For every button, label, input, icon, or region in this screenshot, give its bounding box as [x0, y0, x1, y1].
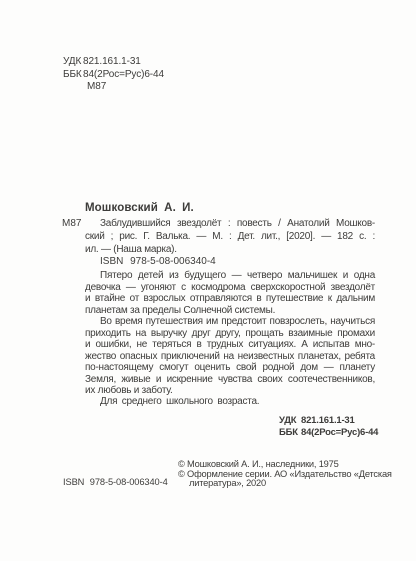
udk-code-row-bottom: УДК821.161.1-31: [279, 415, 378, 427]
text-line: Пятеро детей из будущего — четверо мальч…: [85, 270, 375, 282]
top-classification-codes: УДК821.161.1-31 ББК84(2Рос=Рус)6-44 М87: [63, 56, 164, 94]
bbk-code-row: ББК84(2Рос=Рус)6-44: [63, 69, 164, 82]
text-line: девочка — угоняют с космодрома сверхскор…: [85, 282, 375, 294]
author-heading: Мошковский А. И.: [85, 202, 194, 214]
catalog-margin-code: М87: [62, 218, 81, 229]
audience-note: Для среднего школьного возраста.: [85, 396, 375, 407]
bbk-label: ББК: [279, 427, 301, 439]
udk-value: 821.161.1-31: [83, 56, 141, 67]
bottom-isbn: ISBN 978-5-08-006340-4: [63, 477, 168, 487]
text-line: Во время путешествия им предстоит повзро…: [85, 316, 375, 328]
bbk-value: 84(2Рос=Рус)6-44: [83, 69, 164, 80]
text-line: приходить на выручку друг другу, прощать…: [85, 328, 375, 340]
annotation-paragraph-2: Во время путешествия им предстоит повзро…: [85, 316, 375, 397]
text-line: и втайне от взрослых отправляются в путе…: [85, 293, 375, 305]
bbk-code-row-bottom: ББК84(2Рос=Рус)6-44: [279, 427, 378, 439]
text-line: ил. — (Наша марка).: [85, 243, 375, 256]
bbk-value: 84(2Рос=Рус)6-44: [301, 427, 378, 438]
udk-label: УДК: [63, 56, 83, 69]
bottom-classification-codes: УДК821.161.1-31 ББК84(2Рос=Рус)6-44: [279, 415, 378, 440]
text-line: Земля, живые и искренние чувства своих с…: [85, 374, 375, 386]
copyright-series-line-cont: литература», 2020: [178, 479, 392, 489]
isbn-line: ISBN 978-5-08-006340-4: [100, 256, 216, 267]
bbk-label: ББК: [63, 69, 83, 82]
text-line: Заблудившийся звездолёт : повесть / Анат…: [85, 217, 375, 230]
text-line: по-настоящему смогут оценить свой родной…: [85, 362, 375, 374]
udk-value: 821.161.1-31: [301, 415, 355, 426]
text-line: жество опасных приключений на неизвестны…: [85, 351, 375, 363]
author-sign-code: М87: [87, 81, 164, 94]
annotation-paragraph-1: Пятеро детей из будущего — четверо мальч…: [85, 270, 375, 316]
text-line: планетам за пределы Солнечной системы.: [85, 305, 375, 317]
udk-label: УДК: [279, 415, 301, 427]
copyright-block: © Мошковский А. И., наследники, 1975 © О…: [178, 460, 392, 489]
book-imprint-page: УДК821.161.1-31 ББК84(2Рос=Рус)6-44 М87 …: [0, 0, 416, 561]
text-line: и ошибки, не теряться в трудных ситуация…: [85, 339, 375, 351]
bibliographic-description: Заблудившийся звездолёт : повесть / Анат…: [85, 217, 375, 256]
text-line: их любовь и заботу.: [85, 385, 375, 397]
udk-code-row: УДК821.161.1-31: [63, 56, 164, 69]
text-line: ский ; рис. Г. Валька. — М. : Дет. лит.,…: [85, 230, 375, 243]
